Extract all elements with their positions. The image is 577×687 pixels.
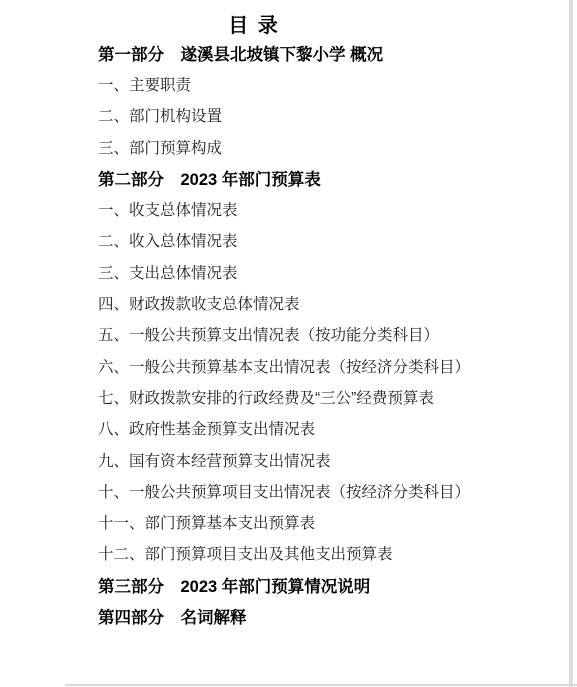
toc-entry: 二、收入总体情况表: [98, 225, 577, 256]
toc-entry: 八、政府性基金预算支出情况表: [98, 413, 577, 444]
page-bottom-border: [65, 684, 577, 686]
document-page: 目 录 第一部分 遂溪县北坡镇下黎小学 概况 一、主要职责 二、部门机构设置 三…: [0, 0, 577, 687]
toc-entry: 二、部门机构设置: [98, 100, 577, 131]
toc-part-heading: 第三部分 2023 年部门预算情况说明: [98, 569, 577, 600]
toc-entry: 五、一般公共预算支出情况表（按功能分类科目）: [98, 319, 577, 350]
toc-entry: 四、财政拨款收支总体情况表: [98, 287, 577, 318]
toc-entry: 一、收支总体情况表: [98, 193, 577, 224]
toc-entry: 九、国有资本经营预算支出情况表: [98, 444, 577, 475]
toc-list: 第一部分 遂溪县北坡镇下黎小学 概况 一、主要职责 二、部门机构设置 三、部门预…: [98, 37, 577, 632]
toc-entry: 六、一般公共预算基本支出情况表（按经济分类科目）: [98, 350, 577, 381]
toc-entry: 七、财政拨款安排的行政经费及“三公”经费预算表: [98, 381, 577, 412]
toc-entry: 一、主要职责: [98, 68, 577, 99]
toc-entry: 三、部门预算构成: [98, 131, 577, 162]
toc-entry: 十、一般公共预算项目支出情况表（按经济分类科目）: [98, 475, 577, 506]
page-title: 目 录: [0, 9, 508, 38]
toc-part-heading: 第二部分 2023 年部门预算表: [98, 162, 577, 193]
vertical-scrollbar[interactable]: [569, 0, 573, 687]
toc-entry: 三、支出总体情况表: [98, 256, 577, 287]
toc-entry: 十二、部门预算项目支出及其他支出预算表: [98, 538, 577, 569]
toc-part-heading: 第四部分 名词解释: [98, 600, 577, 631]
toc-part-heading: 第一部分 遂溪县北坡镇下黎小学 概况: [98, 37, 577, 68]
toc-entry: 十一、部门预算基本支出预算表: [98, 506, 577, 537]
